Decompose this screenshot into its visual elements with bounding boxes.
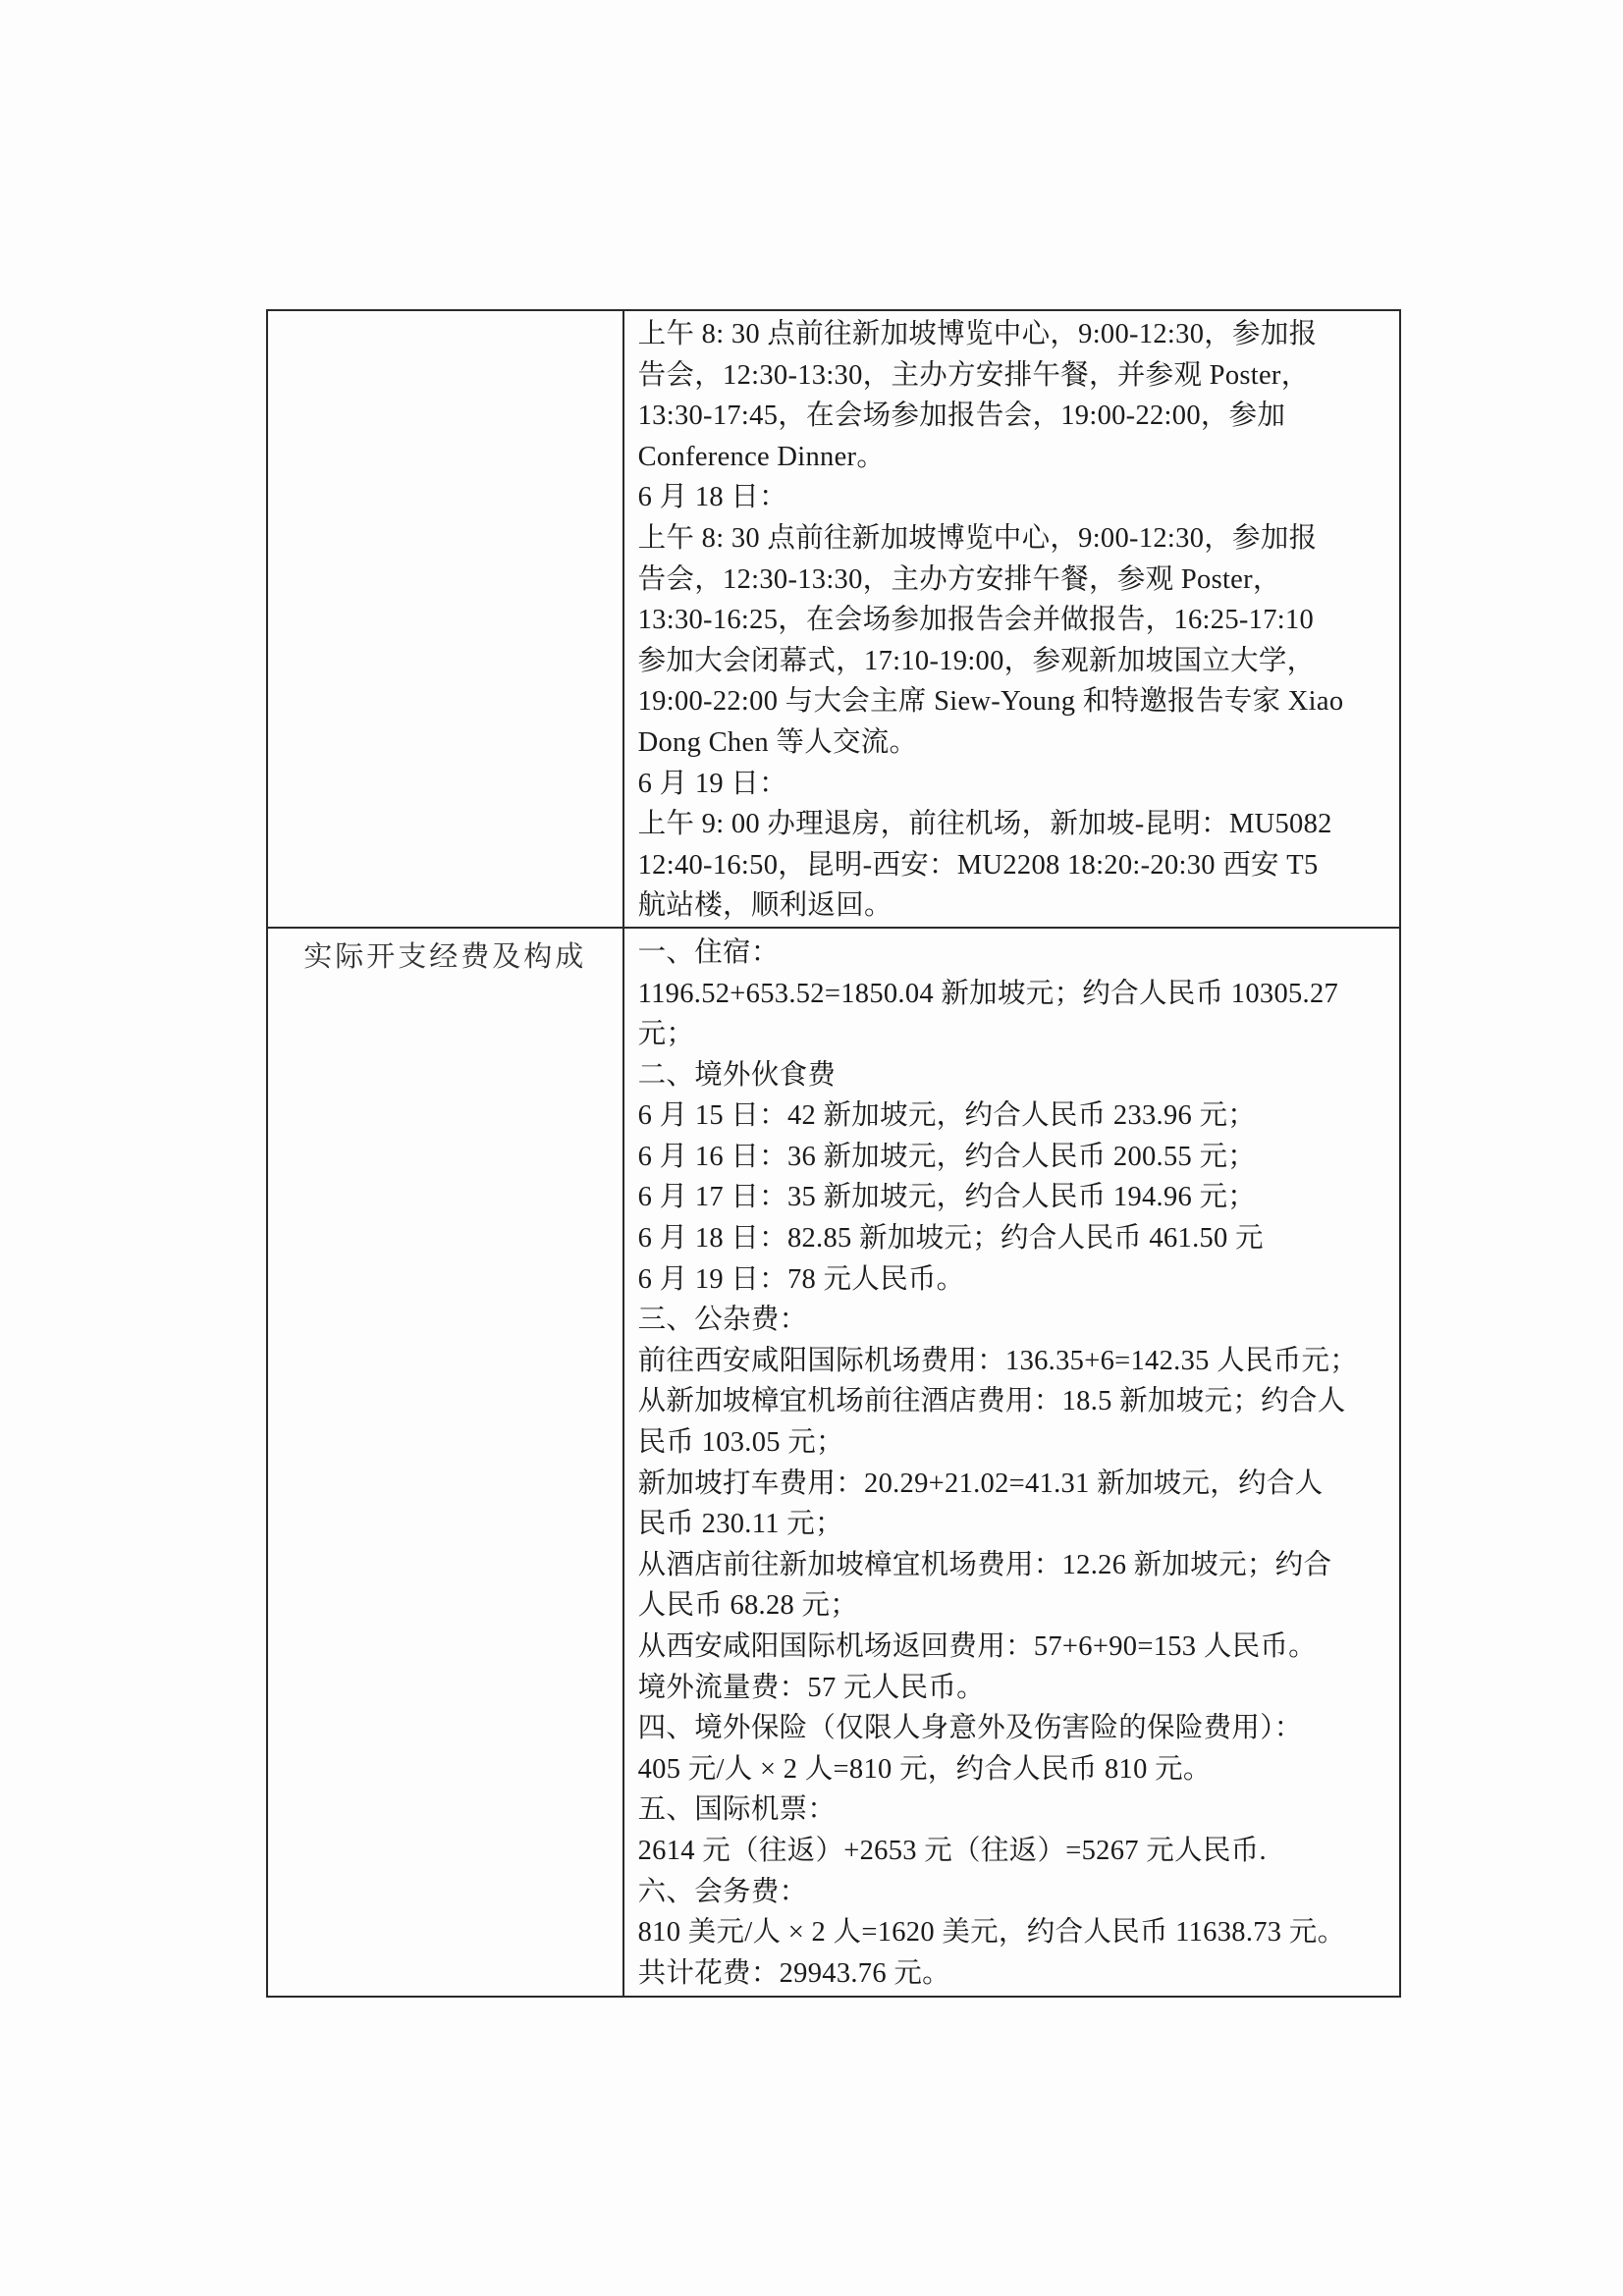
date-heading: 6 月 18 日：: [638, 477, 1393, 518]
text-line: 6 月 19 日：78 元人民币。: [638, 1259, 1393, 1301]
text-line: 航站楼，顺利返回。: [638, 885, 1393, 927]
text-line: 1196.52+653.52=1850.04 新加坡元；约合人民币 10305.…: [638, 974, 1393, 1015]
content-cell-expenses: 一、住宿： 1196.52+653.52=1850.04 新加坡元；约合人民币 …: [623, 928, 1400, 1997]
text-line: 810 美元/人 × 2 人=1620 美元，约合人民币 11638.73 元。: [638, 1912, 1393, 1953]
text-line: 6 月 16 日：36 新加坡元，约合人民币 200.55 元；: [638, 1137, 1393, 1178]
expense-breakdown-text: 一、住宿： 1196.52+653.52=1850.04 新加坡元；约合人民币 …: [624, 929, 1399, 1994]
text-line: 上午 8: 30 点前往新加坡博览中心，9:00-12:30，参加报: [638, 314, 1393, 355]
content-cell-schedule: 上午 8: 30 点前往新加坡博览中心，9:00-12:30，参加报 告会，12…: [623, 310, 1400, 928]
row-label: 实际开支经费及构成: [268, 929, 622, 978]
text-line: 2614 元（往返）+2653 元（往返）=5267 元人民币.: [638, 1831, 1393, 1872]
schedule-text: 上午 8: 30 点前往新加坡博览中心，9:00-12:30，参加报 告会，12…: [624, 311, 1399, 927]
table-row-expenses: 实际开支经费及构成 一、住宿： 1196.52+653.52=1850.04 新…: [267, 928, 1400, 1997]
text-line: 6 月 15 日：42 新加坡元，约合人民币 233.96 元；: [638, 1095, 1393, 1137]
text-line: 告会，12:30-13:30，主办方安排午餐，参观 Poster，: [638, 560, 1393, 601]
text-line: Conference Dinner。: [638, 437, 1393, 478]
text-line: 13:30-17:45，在会场参加报告会，19:00-22:00，参加: [638, 396, 1393, 437]
text-line: 从酒店前往新加坡樟宜机场费用：12.26 新加坡元；约合: [638, 1545, 1393, 1586]
text-line: 民币 230.11 元；: [638, 1504, 1393, 1545]
date-heading: 6 月 19 日：: [638, 764, 1393, 805]
section-heading-miscellaneous: 三、公杂费：: [638, 1300, 1393, 1341]
text-line: 上午 8: 30 点前往新加坡博览中心，9:00-12:30，参加报: [638, 518, 1393, 560]
text-line: 从新加坡樟宜机场前往酒店费用：18.5 新加坡元；约合人: [638, 1381, 1393, 1422]
text-line: 13:30-16:25，在会场参加报告会并做报告，16:25-17:10: [638, 600, 1393, 641]
text-line: 19:00-22:00 与大会主席 Siew-Young 和特邀报告专家 Xia…: [638, 681, 1393, 722]
text-line: 人民币 68.28 元；: [638, 1585, 1393, 1627]
text-line: Dong Chen 等人交流。: [638, 722, 1393, 764]
text-line: 前往西安咸阳国际机场费用：136.35+6=142.35 人民币元；: [638, 1341, 1393, 1382]
section-heading-meals: 二、境外伙食费: [638, 1055, 1393, 1096]
text-line: 告会，12:30-13:30，主办方安排午餐，并参观 Poster，: [638, 355, 1393, 397]
section-heading-airfare: 五、国际机票：: [638, 1789, 1393, 1831]
text-line: 新加坡打车费用：20.29+21.02=41.31 新加坡元，约合人: [638, 1464, 1393, 1505]
text-line: 元；: [638, 1014, 1393, 1055]
label-cell-schedule: [267, 310, 623, 928]
text-line: 405 元/人 × 2 人=810 元，约合人民币 810 元。: [638, 1749, 1393, 1790]
section-heading-accommodation: 一、住宿：: [638, 933, 1393, 974]
total-amount: 共计花费：29943.76 元。: [638, 1953, 1393, 1995]
section-heading-conference-fee: 六、会务费：: [638, 1872, 1393, 1913]
text-line: 12:40-16:50，昆明-西安：MU2208 18:20:-20:30 西安…: [638, 845, 1393, 886]
text-line: 6 月 18 日：82.85 新加坡元；约合人民币 461.50 元: [638, 1218, 1393, 1259]
text-line: 6 月 17 日：35 新加坡元，约合人民币 194.96 元；: [638, 1177, 1393, 1218]
text-line: 上午 9: 00 办理退房，前往机场，新加坡-昆明：MU5082: [638, 804, 1393, 845]
text-line: 民币 103.05 元；: [638, 1422, 1393, 1464]
section-heading-insurance: 四、境外保险（仅限人身意外及伤害险的保险费用）：: [638, 1708, 1393, 1749]
text-line: 从西安咸阳国际机场返回费用：57+6+90=153 人民币。: [638, 1627, 1393, 1668]
document-page: 上午 8: 30 点前往新加坡博览中心，9:00-12:30，参加报 告会，12…: [0, 0, 1623, 2296]
label-cell-expenses: 实际开支经费及构成: [267, 928, 623, 1997]
text-line: 参加大会闭幕式，17:10-19:00，参观新加坡国立大学，: [638, 641, 1393, 682]
table-row-schedule: 上午 8: 30 点前往新加坡博览中心，9:00-12:30，参加报 告会，12…: [267, 310, 1400, 928]
row-label: [268, 311, 622, 319]
expense-report-table: 上午 8: 30 点前往新加坡博览中心，9:00-12:30，参加报 告会，12…: [266, 309, 1401, 1998]
text-line: 境外流量费：57 元人民币。: [638, 1668, 1393, 1709]
